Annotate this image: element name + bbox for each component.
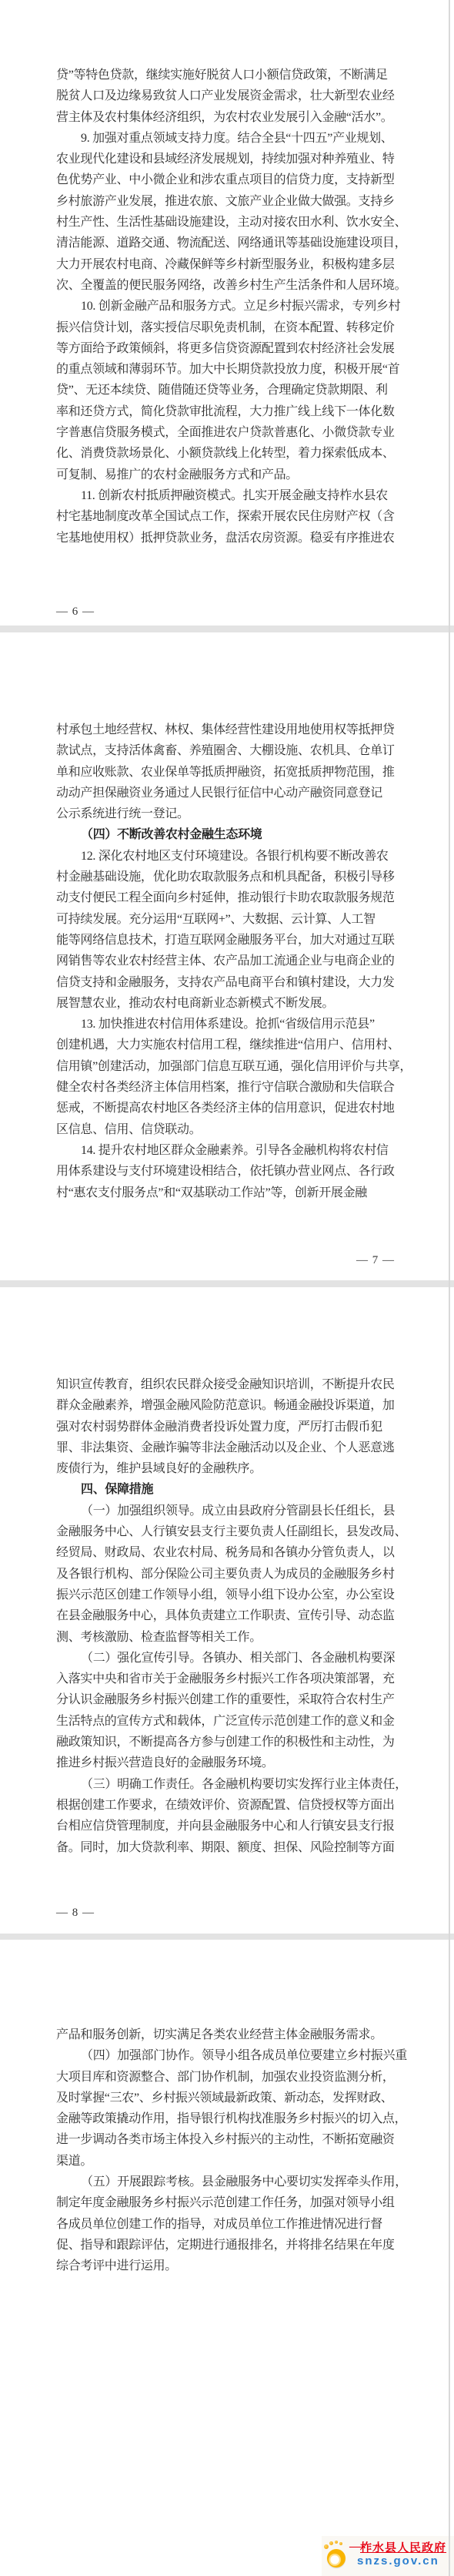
document-line: 色优势产业、中小微企业和涉农重点项目的信贷力度，支持新型 (56, 169, 410, 190)
document-line: 振兴信贷计划，落实授信尽职免责机制，在资本配置、转移定价 (56, 317, 410, 338)
document-line: 农业现代化建设和县域经济发展规划，持续加强对种养殖业、特 (56, 149, 410, 169)
document-line: 各成员单位创建工作的指导，对成员单位工作推进情况进行督 (56, 2214, 410, 2235)
logo-dash: — (349, 2541, 361, 2554)
document-line: 单和应收账款、农业保单等抵质押融资，拓宽抵质押物范围，推 (56, 762, 410, 783)
document-page-image: 知识宣传教育，组织农民群众接受金融知识培训，不断提升农民群众金融素养，增强金融风… (0, 1287, 454, 1934)
document-line: 惩戒，不断提高农村地区各类经济主体的信用意识，促进农村地 (56, 1098, 410, 1119)
document-line: 次、全覆盖的便民服务网络，改善乡村生产生活条件和人居环境。 (56, 275, 410, 296)
document-line: 贷”、无还本续贷、随借随还贷等业务，合理确定贷款期限、利 (56, 380, 410, 401)
document-line: 等方面给予政策倾斜，将更多信贷资源配置到农村经济社会发展 (56, 338, 410, 359)
document-line: 制定年度金融服务乡村振兴示范创建工作任务，加强对领导小组 (56, 2192, 410, 2213)
document-line: 网销售等农业农村经营主体、农产品加工流通企业与电商企业的 (56, 951, 410, 971)
document-line: 推进乡村振兴营造良好的金融服务环境。 (56, 1753, 410, 1773)
site-name-link[interactable]: 柞水县人民政府 (360, 2539, 446, 2555)
document-line: 金融服务中心、人行镇安县支行主要负责人任副组长，县发改局、 (56, 1521, 410, 1542)
document-line: 区信息、信用、信贷联动。 (56, 1119, 410, 1140)
document-line: 村“惠农支付服务点”和“双基联动工作站”等，创新开展金融 (56, 1182, 410, 1203)
page-text-block: 村承包土地经营权、林权、集体经营性建设用地使用权等抵押贷款试点，支持活体禽畜、养… (56, 632, 410, 1203)
page-number: — 8 — (56, 1907, 95, 1920)
page-text-block: 知识宣传教育，组织农民群众接受金融知识培训，不断提升农民群众金融素养，增强金融风… (56, 1287, 410, 1858)
document-line: 进一步调动各类市场主体投入乡村振兴的主动性，不断拓宽融资 (56, 2129, 410, 2150)
document-line: 经贸局、财政局、农业农村局、税务局和各镇办分管负责人，以 (56, 1542, 410, 1563)
document-line: 生活特点的宣传方式和载体，广泛宣传示范创建工作的意义和金 (56, 1711, 410, 1732)
document-line: 大项目库和资源整合、部门协作机制，加强农业投资监测分析， (56, 2067, 410, 2088)
gov-foot-logo-icon (325, 2542, 351, 2568)
document-line: （四）加强部门协作。领导小组各成员单位要建立乡村振兴重 (56, 2045, 410, 2066)
document-line: 的重点领域和薄弱环节。加大中长期贷款投放力度，积极开展“首 (56, 359, 410, 380)
document-line: 振兴示范区创建工作领导小组，领导小组下设办公室，办公室设 (56, 1585, 410, 1605)
document-line: 字普惠信贷服务模式，全面推进农户贷款普惠化、小微贷款专业 (56, 422, 410, 443)
document-line: 在县金融服务中心，具体负责建立工作职责、宣传引导、动态监 (56, 1605, 410, 1626)
document-line: （二）强化宣传引导。各镇办、相关部门、各金融机构要深 (56, 1648, 410, 1669)
document-line: 渠道。 (56, 2151, 410, 2172)
page-separator (0, 1934, 454, 1940)
document-line: 营主体及农村集体经济组织，为农村农业发展引入金融“活水”。 (56, 107, 410, 128)
document-line: 分认识金融服务乡村振兴创建工作的重要性，采取符合农村生产 (56, 1689, 410, 1710)
site-domain-text: snzs.gov.cn (357, 2554, 439, 2568)
document-line: 乡村旅游产业发展，推进农旅、文旅产业企业做大做强。支持乡 (56, 191, 410, 212)
document-line: 动动产担保融资业务通过人民银行征信中心动产融资同意登记 (56, 783, 410, 803)
document-line: 用体系建设与支付环境建设相结合，依托镇办营业网点、各行政 (56, 1161, 410, 1182)
document-line: 村生产性、生活性基础设施建设，主动对接农田水利、饮水安全、 (56, 212, 410, 233)
content-divider-line (449, 0, 450, 2576)
document-line: 及时掌握“三农”、乡村振兴领域最新政策、新动态，发挥财政、 (56, 2088, 410, 2108)
document-line: 入落实中央和省市关于金融服务乡村振兴工作各项决策部署，充 (56, 1669, 410, 1689)
document-page-image: 贷”等特色贷款，继续实施好脱贫人口小额信贷政策，不断满足脱贫人口及边缘易致贫人口… (0, 0, 454, 626)
page-text-block: 贷”等特色贷款，继续实施好脱贫人口小额信贷政策，不断满足脱贫人口及边缘易致贫人口… (56, 0, 410, 548)
page-number: — 7 — (356, 1254, 395, 1267)
document-line: 健全农村各类经济主体信用档案，推行守信联合激励和失信联合 (56, 1077, 410, 1098)
document-line: 金融等政策撬动作用，指导银行机构找准服务乡村振兴的切入点， (56, 2108, 410, 2129)
document-line: 融政策知识，不断提高各方参与创建工作的积极性和主动性，为 (56, 1732, 410, 1753)
document-line: 强对农村弱势群体金融消费者投诉处置力度，严厉打击假币犯 (56, 1417, 410, 1437)
document-page-image: 村承包土地经营权、林权、集体经营性建设用地使用权等抵押贷款试点，支持活体禽畜、养… (0, 632, 454, 1280)
document-line: 村金融基础设施，优化助农取款服务点和机具配备，积极引导移 (56, 867, 410, 887)
document-line: 可复制、易推广的农村金融服务方式和产品。 (56, 465, 410, 485)
document-line: 根据创建工作要求，在绩效评价、资源配置、信贷授权等方面出 (56, 1795, 410, 1816)
document-line: 废债行为，维护县域良好的金融秩序。 (56, 1458, 410, 1479)
document-line: 宅基地使用权）抵押贷款业务，盘活农房资源。稳妥有序推进农 (56, 528, 410, 548)
document-line: 13. 加快推进农村信用体系建设。抢抓“省级信用示范县” (56, 1014, 410, 1035)
page-separator (0, 1280, 454, 1287)
document-line: 10. 创新金融产品和服务方式。立足乡村振兴需求，专列乡村 (56, 296, 410, 317)
document-line: 动支付便民工程全面向乡村延伸，推动银行卡助农取款服务规范 (56, 887, 410, 908)
document-line: 11. 创新农村抵质押融资模式。扎实开展金融支持柞水县农 (56, 485, 410, 506)
document-line: 村承包土地经营权、林权、集体经营性建设用地使用权等抵押贷 (56, 719, 410, 740)
document-line: 信贷支持和金融服务，支持农产品电商平台和镇村建设，大力发 (56, 972, 410, 993)
document-line: 14. 提升农村地区群众金融素养。引导各金融机构将农村信 (56, 1140, 410, 1161)
document-line: 化、消费贷款场景化、小额贷款线上化转型，着力探索低成本、 (56, 443, 410, 464)
document-line: 备。同时，加大贷款利率、期限、额度、担保、风险控制等方面 (56, 1837, 410, 1858)
page-separator (0, 626, 454, 632)
document-line: 四、保障措施 (56, 1479, 410, 1500)
document-line: 大力开展农村电商、冷藏保鲜等乡村新型服务业，积极构建多层 (56, 254, 410, 275)
document-line: 清洁能源、道路交通、物流配送、网络通讯等基础设施建设项目， (56, 233, 410, 253)
document-line: （一）加强组织领导。成立由县政府分管副县长任组长，县 (56, 1501, 410, 1521)
site-footer-logo[interactable]: — 柞水县人民政府 snzs.gov.cn (322, 2536, 454, 2576)
document-line: 台相应信贷管理制度，并向县金融服务中心和人行镇安县支行报 (56, 1816, 410, 1836)
document-line: 知识宣传教育，组织农民群众接受金融知识培训，不断提升农民 (56, 1374, 410, 1395)
document-line: 脱贫人口及边缘易致贫人口产业发展资金需求，壮大新型农业经 (56, 86, 410, 106)
document-line: 综合考评中进行运用。 (56, 2256, 410, 2276)
page-text-block: 产品和服务创新，切实满足各类农业经营主体金融服务需求。（四）加强部门协作。领导小… (56, 1940, 410, 2277)
document-line: 率和还贷方式，简化贷款审批流程，大力推广线上线下一体化数 (56, 401, 410, 422)
document-line: 能等网络信息技术，打造互联网金融服务平台，加大对通过互联 (56, 930, 410, 951)
document-line: 贷”等特色贷款，继续实施好脱贫人口小额信贷政策，不断满足 (56, 65, 410, 86)
document-line: 可持续发展。充分运用“互联网+”、大数据、云计算、人工智 (56, 909, 410, 930)
document-line: 测、考核激励、检查监督等相关工作。 (56, 1627, 410, 1648)
document-line: 12. 深化农村地区支付环境建设。各银行机构要不断改善农 (56, 846, 410, 867)
document-line: 产品和服务创新，切实满足各类农业经营主体金融服务需求。 (56, 2024, 410, 2045)
document-line: 促、指导和跟踪评估，定期进行通报排名，并将排名结果在年度 (56, 2235, 410, 2256)
document-line: 创建机遇，大力实施农村信用工程，继续推进“信用户、信用村、 (56, 1035, 410, 1055)
document-line: 公示系统进行统一登记。 (56, 803, 410, 824)
document-line: （五）开展跟踪考核。县金融服务中心要切实发挥牵头作用， (56, 2172, 410, 2192)
document-line: （四）不断改善农村金融生态环境 (56, 824, 410, 845)
document-line: 群众金融素养，增强金融风险防范意识。畅通金融投诉渠道，加 (56, 1395, 410, 1416)
document-line: 及各银行机构、部分保险公司主要负责人为成员的金融服务乡村 (56, 1564, 410, 1585)
document-line: 款试点，支持活体禽畜、养殖圈舍、大棚设施、农机具、仓单订 (56, 740, 410, 761)
page-number: — 6 — (56, 605, 95, 619)
document-line: 信用镇”创建活动，加强部门信息互联互通，强化信用评价与共享， (56, 1056, 410, 1077)
document-line: 村宅基地制度改革全国试点工作，探索开展农民住房财产权（含 (56, 506, 410, 527)
document-line: 9. 加强对重点领域支持力度。结合全县“十四五”产业规划、 (56, 128, 410, 149)
document-line: 展智慧农业，推动农村电商新业态新模式不断发展。 (56, 993, 410, 1014)
document-page-image: 产品和服务创新，切实满足各类农业经营主体金融服务需求。（四）加强部门协作。领导小… (0, 1940, 454, 2576)
document-line: （三）明确工作责任。各金融机构要切实发挥行业主体责任， (56, 1774, 410, 1795)
document-line: 罪、非法集资、金融诈骗等非法金融活动以及企业、个人恶意逃 (56, 1437, 410, 1458)
